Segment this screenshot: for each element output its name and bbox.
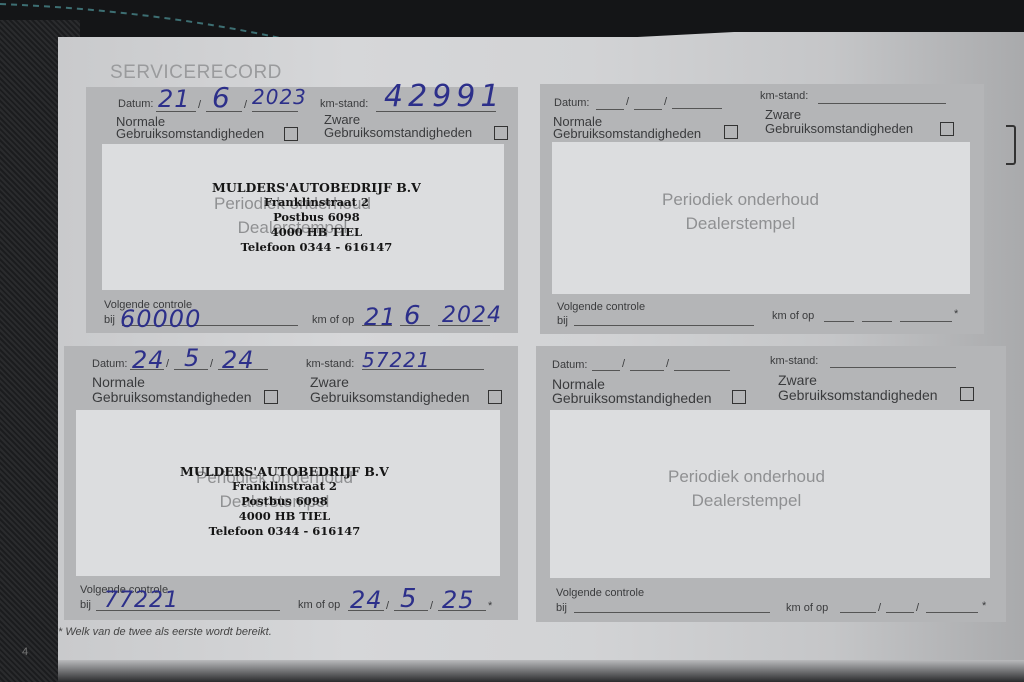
- watermark-line-2: Dealerstempel: [668, 489, 825, 513]
- next-year-field[interactable]: [900, 321, 952, 322]
- page-number: 4: [22, 646, 28, 658]
- zware-label: Zware: [310, 374, 349, 390]
- datum-label: Datum:: [118, 98, 153, 110]
- stamp-watermark: Periodiek onderhoud Dealerstempel: [668, 465, 825, 513]
- km-of-op-label: km of op: [772, 310, 814, 322]
- zware-gebruik-label: Gebruiksomstandigheden: [310, 389, 470, 405]
- dealer-stamp-area: Periodiek onderhoud Dealerstempel MULDER…: [102, 144, 504, 290]
- watermark-line-1: Periodiek onderhoud: [662, 188, 819, 212]
- date-separator: /: [210, 358, 213, 370]
- date-separator: /: [664, 96, 667, 108]
- next-day-value: 24: [350, 586, 383, 614]
- next-km-field[interactable]: [574, 612, 770, 613]
- stamp-company: MULDERS'AUTOBEDRIJF B.V: [212, 180, 421, 195]
- dealer-stamp: MULDERS'AUTOBEDRIJF B.V Franklinstraat 2…: [212, 180, 421, 255]
- datum-year-field[interactable]: [252, 111, 298, 112]
- normale-checkbox[interactable]: [732, 390, 746, 404]
- next-km-value: 60000: [120, 305, 201, 333]
- datum-day-value: 24: [132, 346, 165, 374]
- bij-label: bij: [556, 602, 567, 614]
- datum-day-value: 21: [158, 85, 191, 113]
- service-record-1: Datum: / / 21 6 2023 km-stand: 42991 Nor…: [86, 87, 518, 333]
- page-title: SERVICERECORD: [110, 62, 282, 84]
- stamp-postbus: Postbus 6098: [180, 494, 389, 509]
- km-stand-value: 42991: [384, 79, 504, 114]
- stamp-postbus: Postbus 6098: [212, 210, 421, 225]
- watermark-line-1: Periodiek onderhoud: [668, 465, 825, 489]
- bij-label: bij: [80, 599, 91, 611]
- next-year-value: 2024: [442, 303, 502, 328]
- km-stand-label: km-stand:: [306, 358, 354, 370]
- stamp-company: MULDERS'AUTOBEDRIJF B.V: [180, 464, 389, 479]
- date-separator: /: [386, 600, 389, 612]
- dealer-stamp: MULDERS'AUTOBEDRIJF B.V Franklinstraat 2…: [180, 464, 389, 539]
- date-separator: /: [666, 358, 669, 370]
- next-day-value: 21: [364, 303, 397, 331]
- volgende-controle-label: Volgende controle: [556, 587, 644, 599]
- date-separator: /: [626, 96, 629, 108]
- datum-label: Datum:: [554, 97, 589, 109]
- datum-day-field[interactable]: [596, 109, 624, 110]
- normale-gebruik-label: Gebruiksomstandigheden: [553, 126, 701, 141]
- next-month-field[interactable]: [886, 612, 914, 613]
- service-record-2: Datum: / / km-stand: Normale Gebruiksoms…: [540, 84, 984, 334]
- normale-checkbox[interactable]: [284, 127, 298, 141]
- datum-year-value: 24: [222, 346, 255, 374]
- stitching-decoration: [0, 0, 300, 40]
- km-of-op-label: km of op: [298, 599, 340, 611]
- watermark-line-2: Dealerstempel: [662, 212, 819, 236]
- zware-checkbox[interactable]: [494, 126, 508, 140]
- date-separator: /: [878, 602, 881, 614]
- next-year-value: 25: [442, 586, 475, 614]
- km-stand-label: km-stand:: [760, 90, 808, 102]
- zware-checkbox[interactable]: [960, 387, 974, 401]
- normale-label: Normale: [92, 374, 145, 390]
- normale-gebruik-label: Gebruiksomstandigheden: [552, 390, 712, 406]
- date-separator: /: [166, 358, 169, 370]
- km-of-op-label: km of op: [312, 314, 354, 326]
- normale-checkbox[interactable]: [264, 390, 278, 404]
- footnote-marker: *: [982, 600, 986, 612]
- stamp-city: 4000 HB TIEL: [212, 225, 421, 240]
- paper-clip-icon: [1006, 125, 1016, 165]
- stamp-city: 4000 HB TIEL: [180, 509, 389, 524]
- zware-gebruik-label: Gebruiksomstandigheden: [778, 387, 938, 403]
- next-month-value: 6: [404, 301, 422, 331]
- zware-gebruik-label: Gebruiksomstandigheden: [324, 125, 472, 140]
- footnote-marker: *: [488, 600, 492, 612]
- datum-month-value: 6: [212, 81, 231, 114]
- km-stand-value: 57221: [362, 348, 431, 372]
- next-km-field[interactable]: [574, 325, 754, 326]
- next-day-field[interactable]: [824, 321, 854, 322]
- zware-label: Zware: [765, 107, 801, 122]
- next-day-field[interactable]: [840, 612, 876, 613]
- service-record-4: Datum: / / km-stand: Normale Gebruiksoms…: [536, 346, 1006, 622]
- dealer-stamp-area: Periodiek onderhoud Dealerstempel: [552, 142, 970, 294]
- date-separator: /: [622, 358, 625, 370]
- datum-month-value: 5: [184, 344, 200, 372]
- datum-year-field[interactable]: [672, 108, 722, 109]
- stamp-phone: Telefoon 0344 - 616147: [180, 524, 389, 539]
- normale-gebruik-label: Gebruiksomstandigheden: [92, 389, 252, 405]
- date-separator: /: [244, 99, 247, 111]
- volgende-controle-label: Volgende controle: [557, 301, 645, 313]
- next-month-field[interactable]: [862, 321, 892, 322]
- date-separator: /: [198, 99, 201, 111]
- footnote: * Welk van de twee als eerste wordt bere…: [58, 626, 272, 638]
- stamp-street: Franklinstraat 2: [180, 479, 389, 494]
- stamp-watermark: Periodiek onderhoud Dealerstempel: [662, 188, 819, 236]
- km-stand-field[interactable]: [818, 103, 946, 104]
- datum-month-field[interactable]: [634, 109, 662, 110]
- zware-label: Zware: [778, 372, 817, 388]
- km-stand-label: km-stand:: [320, 98, 368, 110]
- zware-gebruik-label: Gebruiksomstandigheden: [765, 121, 913, 136]
- next-year-field[interactable]: [926, 612, 978, 613]
- bij-label: bij: [104, 314, 115, 326]
- next-km-value: 77221: [104, 588, 179, 613]
- date-separator: /: [430, 600, 433, 612]
- next-month-value: 5: [400, 584, 418, 614]
- datum-year-value: 2023: [252, 85, 307, 109]
- km-of-op-label: km of op: [786, 602, 828, 614]
- datum-month-field[interactable]: [630, 370, 664, 371]
- stamp-street: Franklinstraat 2: [212, 195, 421, 210]
- service-record-3: Datum: / / 24 5 24 km-stand: 57221 Norma…: [64, 346, 518, 620]
- datum-day-field[interactable]: [592, 370, 620, 371]
- datum-label: Datum:: [92, 358, 127, 370]
- date-separator: /: [916, 602, 919, 614]
- zware-checkbox[interactable]: [488, 390, 502, 404]
- zware-checkbox[interactable]: [940, 122, 954, 136]
- datum-label: Datum:: [552, 359, 587, 371]
- dealer-stamp-area: Periodiek onderhoud Dealerstempel: [550, 410, 990, 578]
- normale-checkbox[interactable]: [724, 125, 738, 139]
- km-stand-field[interactable]: [830, 367, 956, 368]
- dealer-stamp-area: Periodiek onderhoud Dealerstempel MULDER…: [76, 410, 500, 576]
- page-edge-shadow: [58, 660, 1024, 682]
- footnote-marker: *: [954, 308, 958, 320]
- bij-label: bij: [557, 315, 568, 327]
- km-stand-label: km-stand:: [770, 355, 818, 367]
- datum-year-field[interactable]: [674, 370, 730, 371]
- normale-gebruik-label: Gebruiksomstandigheden: [116, 126, 264, 141]
- stamp-phone: Telefoon 0344 - 616147: [212, 240, 421, 255]
